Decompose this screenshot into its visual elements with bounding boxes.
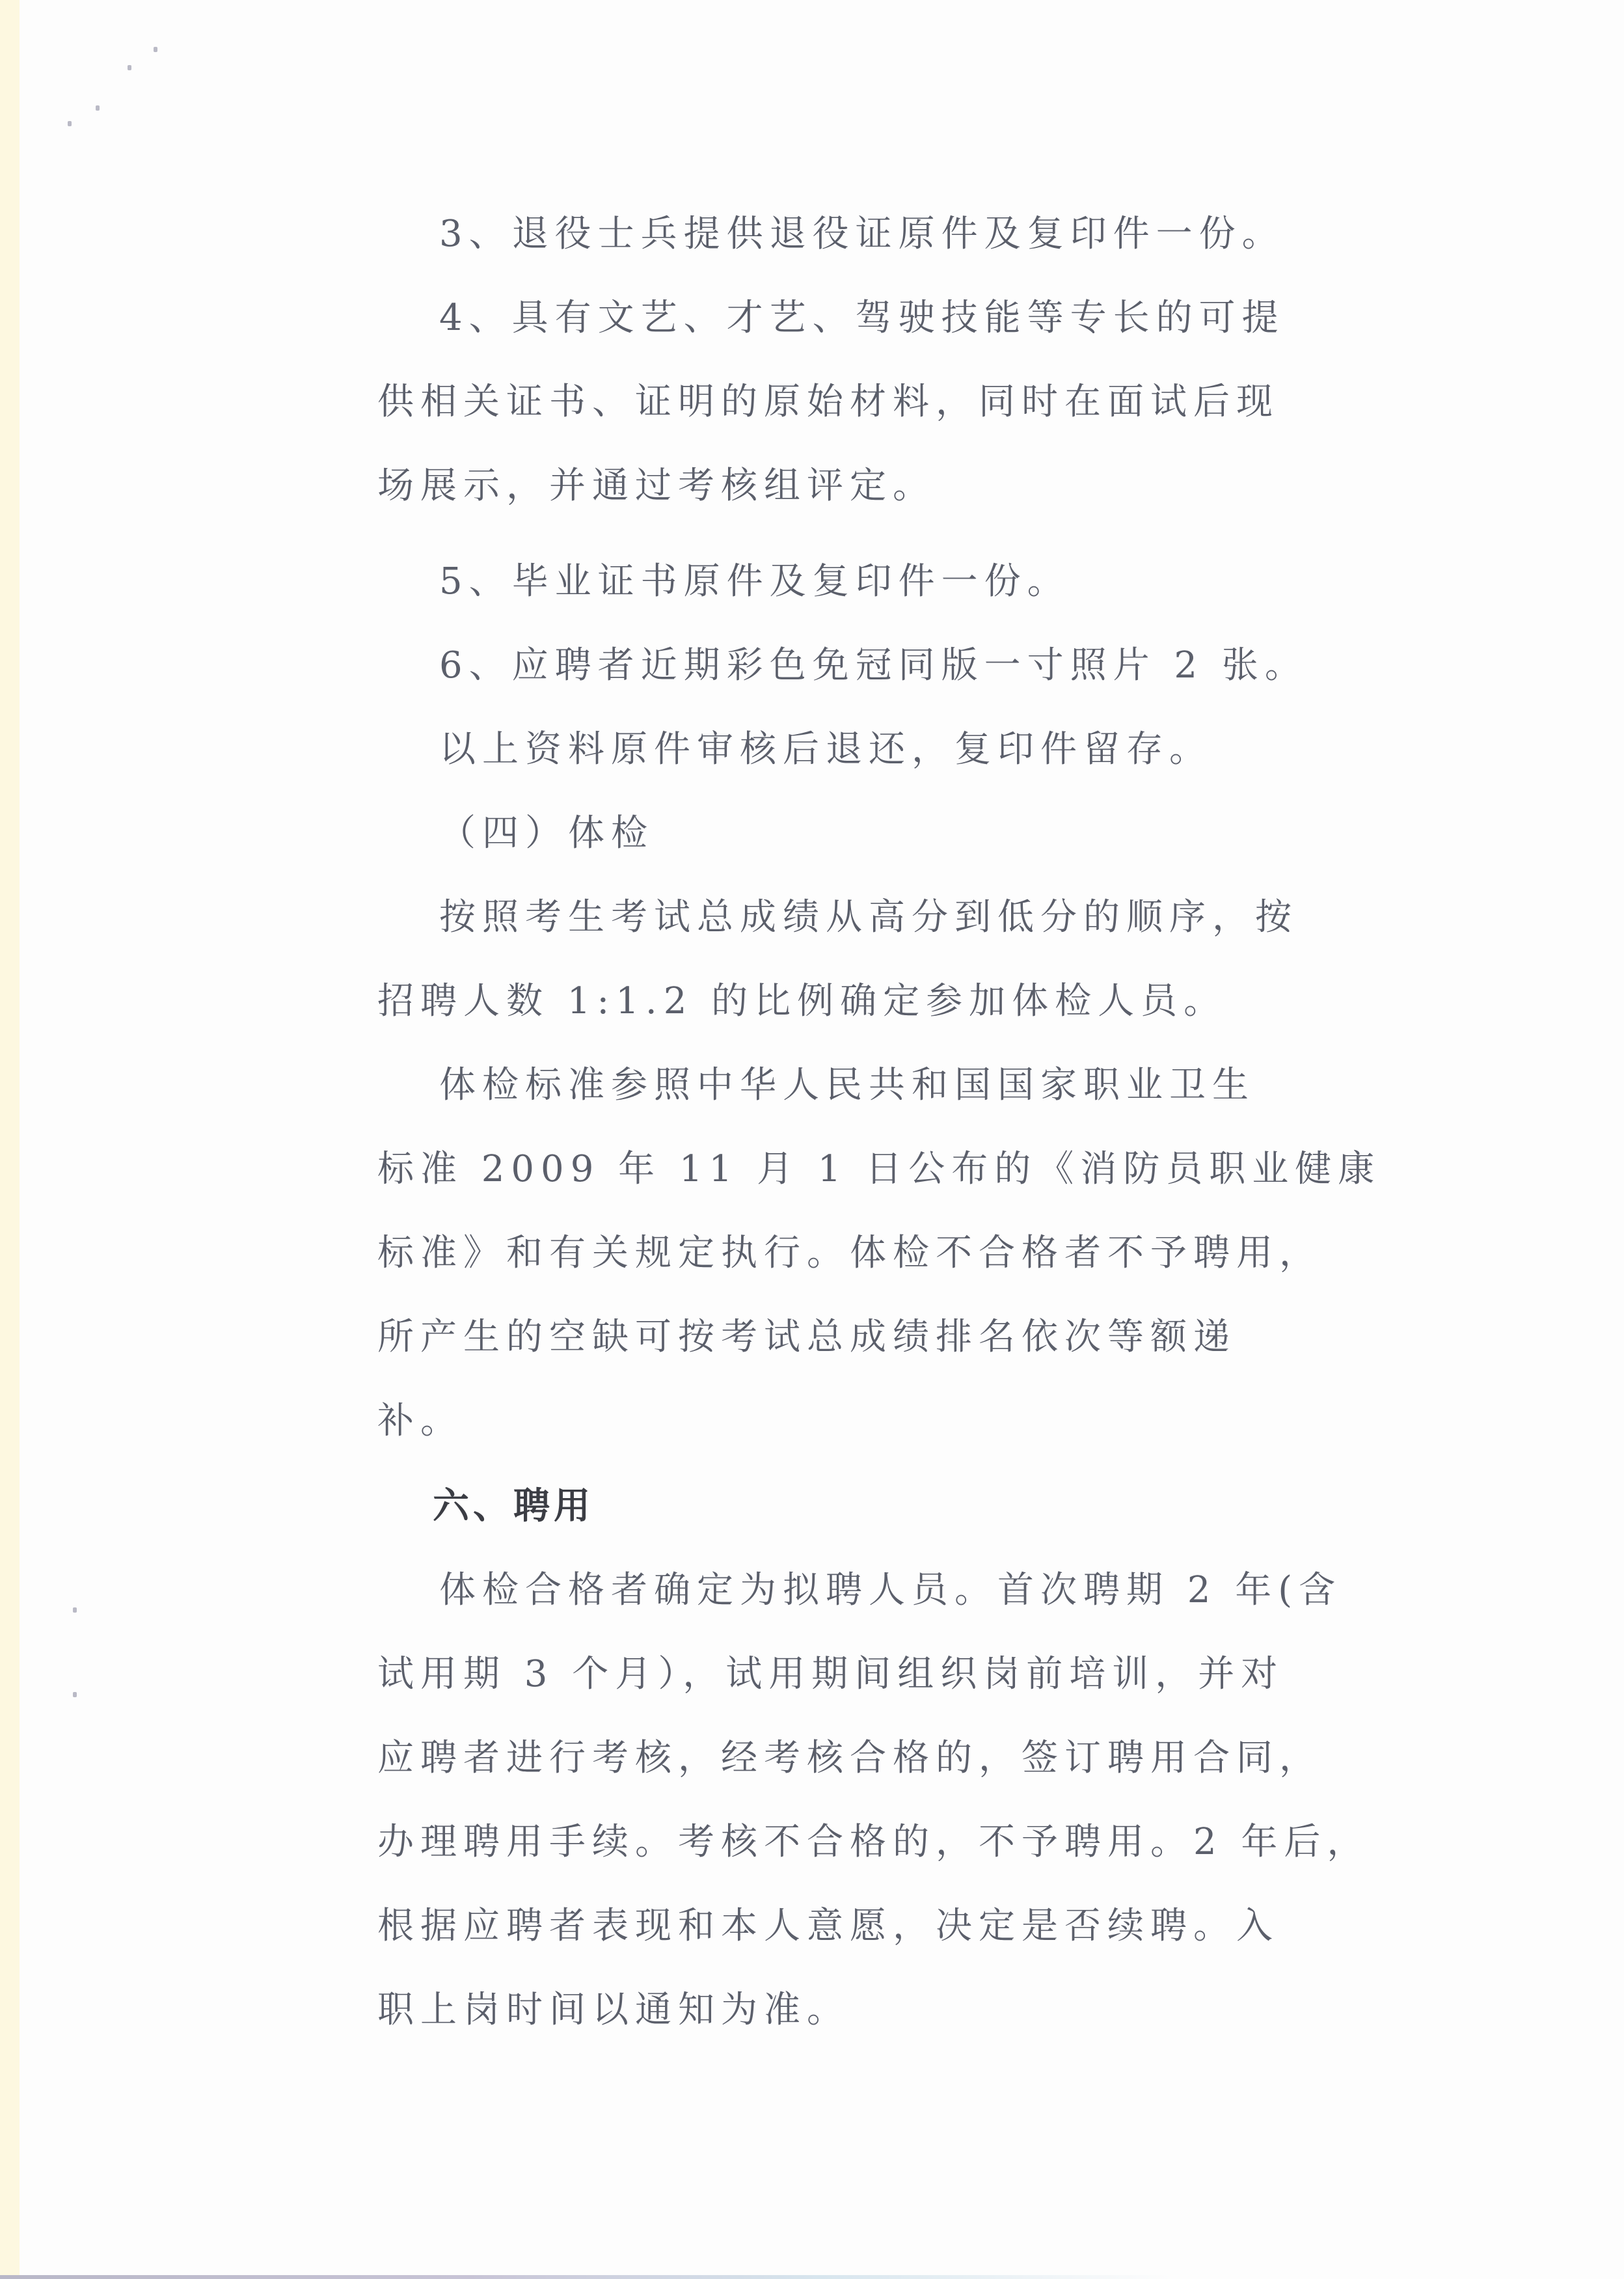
- text-line: 体检标准参照中华人民共和国国家职业卫生: [439, 1065, 1255, 1106]
- text-line: 供相关证书、证明的原始材料，同时在面试后现: [377, 381, 1279, 423]
- text-line: 应聘者进行考核，经考核合格的，签订聘用合同，: [377, 1738, 1322, 1779]
- scan-edge-strip: [0, 0, 20, 2279]
- text-line: 4、具有文艺、才艺、驾驶技能等专长的可提: [439, 297, 1285, 339]
- scan-speck: [96, 105, 100, 111]
- scan-bottom-edge: [0, 2275, 1171, 2279]
- text-line: 标准 2009 年 11 月 1 日公布的《消防员职业健康: [377, 1149, 1381, 1190]
- text-line: 办理聘用手续。考核不合格的，不予聘用。2 年后，: [377, 1822, 1370, 1863]
- text-line: 职上岗时间以通知为准。: [377, 1989, 850, 2031]
- text-line: 根据应聘者表现和本人意愿，决定是否续聘。入: [377, 1905, 1279, 1947]
- text-line: 所产生的空缺可按考试总成绩排名依次等额递: [377, 1317, 1236, 1358]
- text-line: 5、毕业证书原件及复印件一份。: [439, 561, 1070, 603]
- scan-speck: [154, 47, 157, 52]
- scan-speck: [128, 65, 131, 70]
- section-heading: 六、聘用: [433, 1486, 594, 1527]
- text-line: 标准》和有关规定执行。体检不合格者不予聘用，: [377, 1233, 1322, 1274]
- text-line: 6、应聘者近期彩色免冠同版一寸照片 2 张。: [439, 645, 1308, 687]
- scan-speck: [73, 1607, 77, 1613]
- text-line: 招聘人数 1:1.2 的比例确定参加体检人员。: [377, 981, 1226, 1022]
- text-line: 3、退役士兵提供退役证原件及复印件一份。: [439, 213, 1285, 255]
- text-line: 补。: [377, 1400, 463, 1442]
- text-line: 按照考生考试总成绩从高分到低分的顺序，按: [439, 897, 1298, 938]
- text-line: 以上资料原件审核后退还，复印件留存。: [439, 729, 1212, 771]
- scan-speck: [73, 1692, 77, 1697]
- text-line: 试用期 3 个月），试用期间组织岗前培训，并对: [377, 1654, 1284, 1695]
- text-line: 场展示，并通过考核组评定。: [377, 465, 936, 507]
- text-line: 体检合格者确定为拟聘人员。首次聘期 2 年(含: [439, 1570, 1342, 1611]
- scan-speck: [68, 121, 72, 126]
- subsection-heading: （四）体检: [439, 813, 654, 854]
